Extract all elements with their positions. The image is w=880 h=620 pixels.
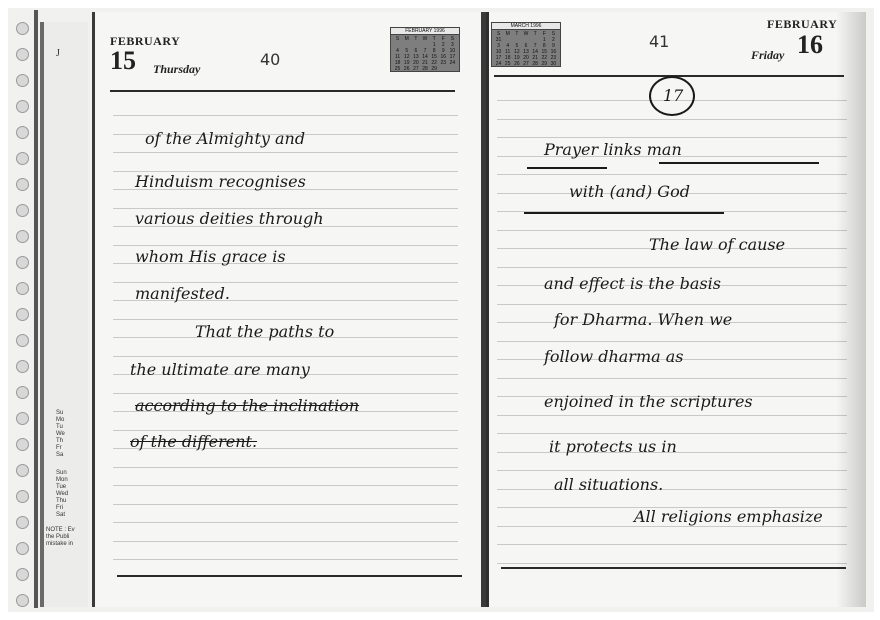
left-page: FEBRUARY 15 Thursday 40 FEBRUARY 1996 SM… (92, 12, 482, 607)
left-day-number: 15 (110, 46, 136, 76)
handwritten-line: various deities through (135, 209, 324, 228)
note-line: the Publi (46, 534, 75, 541)
struck-handwritten-line: according to the inclination (135, 396, 359, 415)
calendar-day-cell: 26 (512, 61, 521, 67)
calendar-day-cell: 27 (521, 61, 530, 67)
mini-calendar-march: MARCH 1996 SMTWTFS3112345678910111213141… (491, 22, 561, 67)
ruled-line (113, 356, 458, 357)
left-weekday: Thursday (153, 62, 200, 77)
binder-hole (16, 516, 29, 529)
ruled-line (497, 489, 847, 490)
binder-hole (16, 100, 29, 113)
ruled-line (497, 544, 847, 545)
calendar-day-cell: 26 (402, 66, 411, 72)
day-abbrev: Th (56, 438, 65, 445)
header-rule (110, 90, 455, 92)
day-abbrev: Sun (56, 470, 68, 477)
ruled-line (113, 559, 458, 560)
ruled-line (113, 504, 458, 505)
binder-hole (16, 308, 29, 321)
handwritten-line: it protects us in (549, 437, 677, 456)
calendar-day-cell: 29 (430, 66, 439, 72)
binder-hole (16, 74, 29, 87)
day-abbrev-list: Su Mo Tu We Th Fr Sa (56, 410, 65, 459)
mini-calendar-february: FEBRUARY 1996 SMTWTFS1234567891011121314… (390, 27, 460, 72)
circled-number: 17 (663, 86, 683, 105)
binder-hole (16, 490, 29, 503)
ruled-line (113, 115, 458, 116)
right-day-number: 16 (797, 30, 823, 60)
calendar-day-cell: 27 (411, 66, 420, 72)
calendar-day-cell: 25 (503, 61, 512, 67)
ruled-line (113, 430, 458, 431)
under-page: J Su Mo Tu We Th Fr Sa Sun Mon Tue Wed T… (40, 22, 88, 607)
ruled-line (113, 245, 458, 246)
binder-hole (16, 568, 29, 581)
binder-hole (16, 48, 29, 61)
binder-hole (16, 204, 29, 217)
ruled-line (113, 485, 458, 486)
handwritten-line: The law of cause (649, 235, 785, 254)
calendar-day-cell: 25 (393, 66, 402, 72)
ruled-line (113, 467, 458, 468)
handwritten-line: all situations. (554, 475, 663, 494)
binder-hole (16, 360, 29, 373)
ruled-line (113, 541, 458, 542)
struck-handwritten-line: of the different. (130, 432, 257, 451)
mini-calendar-grid: SMTWTFS123456789101112131415161718192021… (391, 35, 459, 73)
footer-rule (501, 567, 846, 569)
ruled-line (497, 378, 847, 379)
ruled-line (113, 152, 458, 153)
ruled-line (497, 304, 847, 305)
calendar-day-cell (439, 66, 448, 72)
day-abbrev: Sat (56, 512, 68, 519)
ruled-line (113, 282, 458, 283)
ruled-line (497, 230, 847, 231)
ruled-line (497, 470, 847, 471)
calendar-day-cell: 24 (494, 61, 503, 67)
binder-hole (16, 334, 29, 347)
binder-hole (16, 438, 29, 451)
handwritten-line: of the Almighty and (145, 129, 305, 148)
calendar-day-cell: 30 (549, 61, 558, 67)
note-line: mistake in (46, 541, 75, 548)
binder-hole (16, 230, 29, 243)
binder-holes (14, 22, 32, 612)
day-abbrev: Wed (56, 491, 68, 498)
day-abbrev: Tu (56, 424, 65, 431)
mini-calendar-grid: SMTWTFS311234567891011121314151617181920… (492, 30, 560, 68)
mini-calendar-title: MARCH 1996 (492, 23, 560, 30)
day-abbrev: Sa (56, 452, 65, 459)
footer-rule (117, 575, 462, 577)
right-page: MARCH 1996 SMTWTFS3112345678910111213141… (486, 12, 866, 607)
handwritten-line: whom His grace is (135, 247, 286, 266)
binder-hole (16, 256, 29, 269)
left-page-number: 40 (260, 50, 280, 69)
binder-edge (34, 10, 38, 608)
binder-hole (16, 542, 29, 555)
handwritten-line: for Dharma. When we (554, 310, 732, 329)
right-weekday: Friday (751, 48, 784, 63)
day-abbrev: We (56, 431, 65, 438)
tab-letter: J (56, 50, 60, 57)
binder-hole (16, 178, 29, 191)
entry-heading-line: with (and) God (569, 182, 690, 201)
day-abbrev: Mo (56, 417, 65, 424)
page-curl-shadow (836, 12, 866, 607)
day-abbrev: Su (56, 410, 65, 417)
handwritten-line: Hinduism recognises (135, 172, 306, 191)
binder-hole (16, 594, 29, 607)
binder-hole (16, 126, 29, 139)
ruled-line (497, 341, 847, 342)
ruled-line (497, 563, 847, 564)
heading-underline (524, 212, 724, 214)
ruled-line (113, 393, 458, 394)
handwritten-line: enjoined in the scriptures (544, 392, 753, 411)
entry-heading-line: Prayer links man (544, 140, 682, 159)
handwritten-line: and effect is the basis (544, 274, 721, 293)
binder-hole (16, 412, 29, 425)
ruled-line (497, 415, 847, 416)
day-abbrev: Fr (56, 445, 65, 452)
handwritten-line: All religions emphasize (634, 507, 823, 526)
day-abbrev: Thu (56, 498, 68, 505)
note-line: NOTE : Ev (46, 527, 75, 534)
note-fragment: NOTE : Ev the Publi mistake in (46, 527, 75, 548)
handwritten-line: follow dharma as (544, 347, 683, 366)
mini-calendar-title: FEBRUARY 1996 (391, 28, 459, 35)
binder-hole (16, 22, 29, 35)
heading-underline (659, 162, 819, 164)
binder-hole (16, 282, 29, 295)
day-abbrev-list: Sun Mon Tue Wed Thu Fri Sat (56, 470, 68, 519)
calendar-day-cell (448, 66, 457, 72)
binder-hole (16, 152, 29, 165)
ruled-line (497, 433, 847, 434)
ruled-line (497, 137, 847, 138)
day-abbrev: Tue (56, 484, 68, 491)
calendar-day-cell: 28 (531, 61, 540, 67)
ruled-line (497, 174, 847, 175)
right-page-number: 41 (649, 32, 669, 51)
binder-hole (16, 386, 29, 399)
calendar-day-cell: 28 (420, 66, 429, 72)
calendar-day-cell: 29 (540, 61, 549, 67)
handwritten-line: manifested. (135, 284, 230, 303)
handwritten-line: the ultimate are many (130, 360, 310, 379)
day-abbrev: Fri (56, 505, 68, 512)
handwritten-line: That the paths to (195, 322, 334, 341)
ruled-line (497, 119, 847, 120)
heading-underline (527, 167, 607, 169)
binder-hole (16, 464, 29, 477)
ruled-line (113, 319, 458, 320)
day-abbrev: Mon (56, 477, 68, 484)
ruled-line (497, 267, 847, 268)
ruled-line (113, 522, 458, 523)
